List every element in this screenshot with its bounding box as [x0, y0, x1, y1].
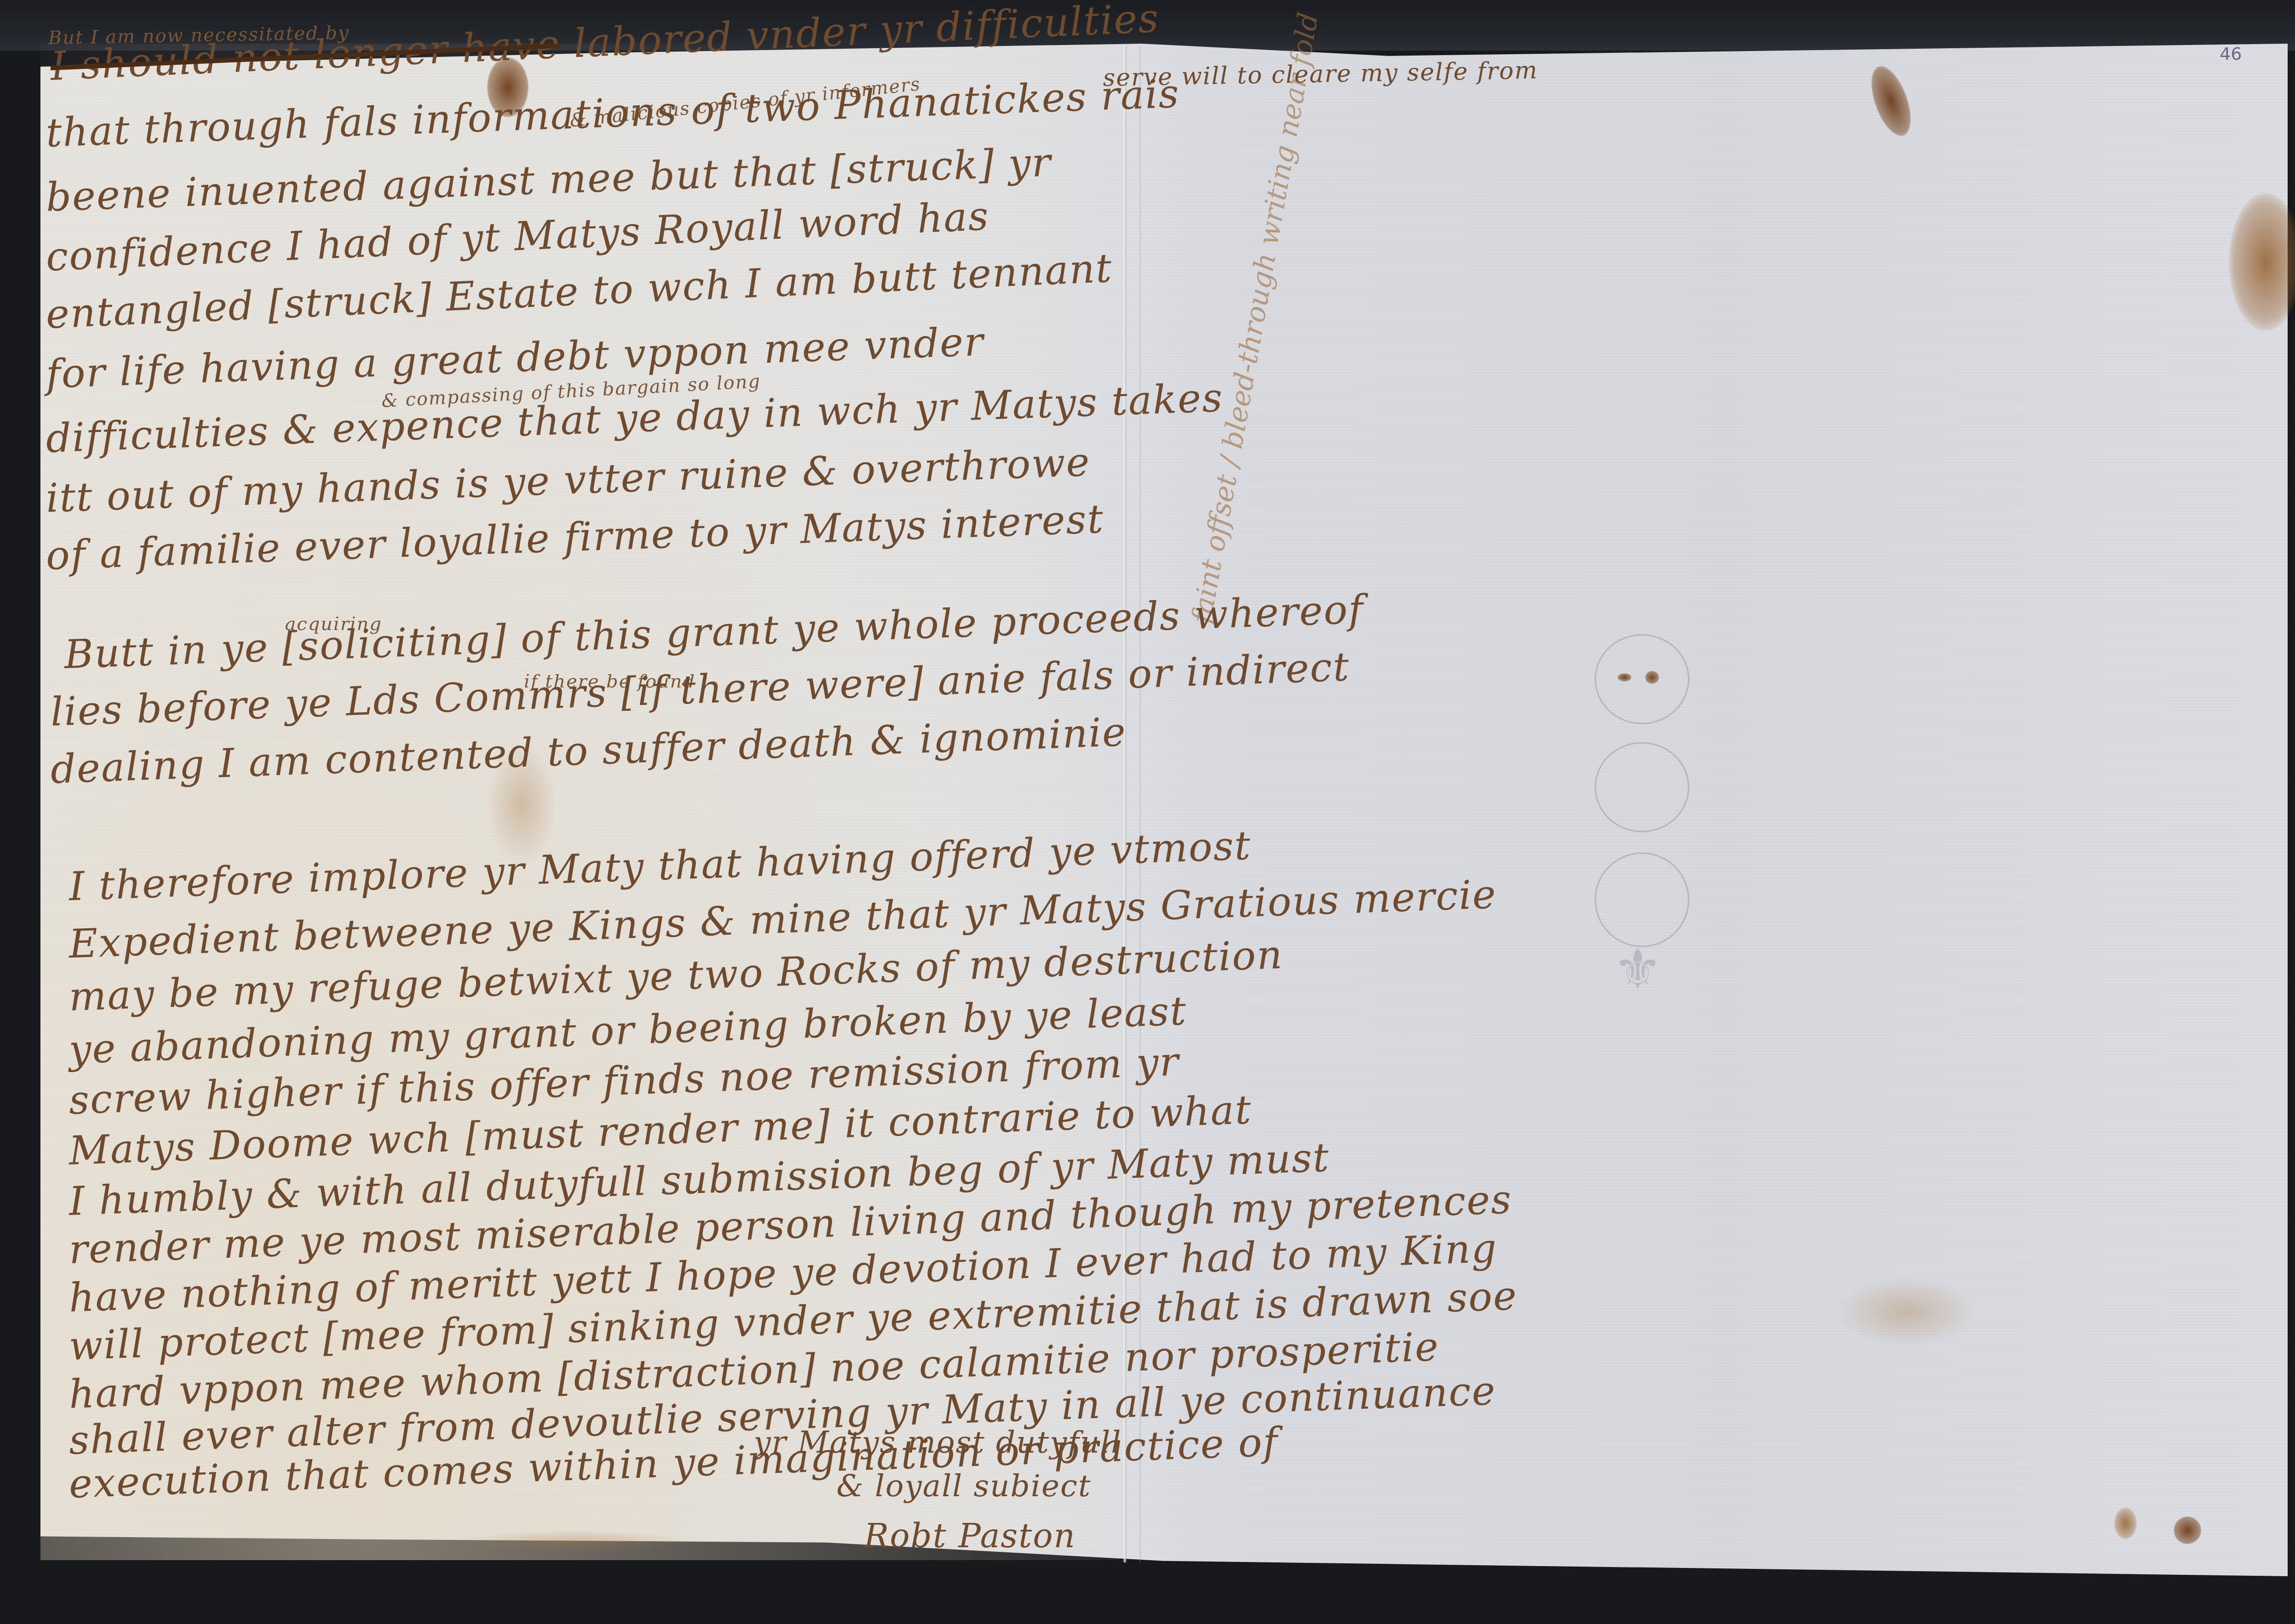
bottom-stain [460, 1530, 689, 1553]
watermark-circle [1595, 742, 1689, 832]
corner-stain [2114, 1507, 2137, 1539]
closing-line-1: yr Matys most dutyfull [754, 1425, 1122, 1460]
watermark-circle [1595, 852, 1689, 947]
signature: Robt Paston [864, 1516, 1076, 1555]
ink-dot [1618, 673, 1631, 681]
ink-dot [1645, 671, 1659, 684]
corner-stain [2174, 1516, 2201, 1544]
closing-line-2: & loyall subiect [836, 1468, 1091, 1504]
fleur-de-lis-icon: ⚜ [1613, 937, 1663, 1001]
faint-stain [1838, 1278, 1976, 1346]
folio-number: 46 [2220, 44, 2242, 64]
watermark-circle [1595, 634, 1689, 724]
